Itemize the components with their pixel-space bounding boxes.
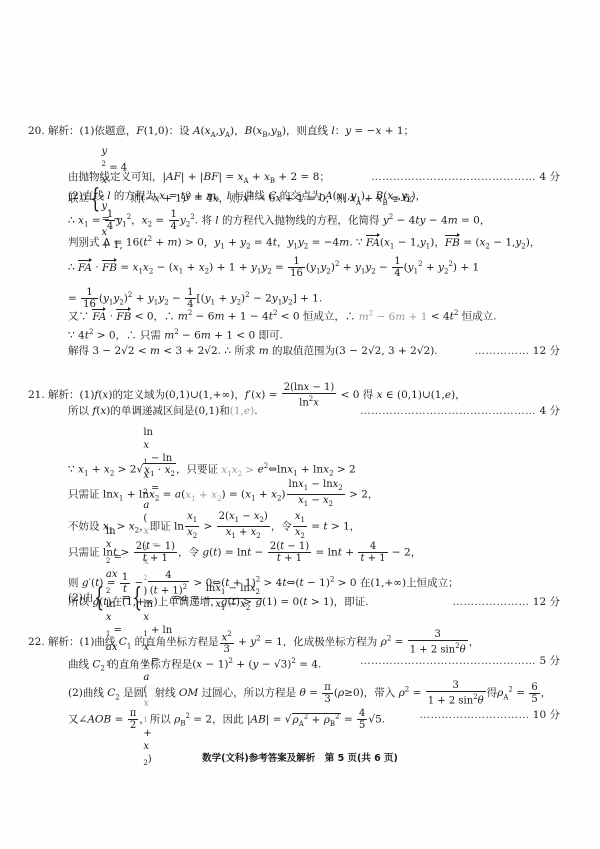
- score-21-1: ………………………………………… 4 分: [360, 404, 560, 418]
- problem-22-number: 22. 解析：: [28, 636, 80, 648]
- problem-21-line-4: ∵ x1 + x2 > 2√x1 · x2，只要证 x1x2 > e2⇔lnx1…: [68, 459, 356, 481]
- problem-21-line-5: 只需证 lnx1 + lnx2 = a(x1 + x2) = (x1 + x2)…: [68, 479, 378, 510]
- problem-21-line-6: 不妨设 x1 > x2，即证 lnx1x2 > 2(x1 − x2)x1 + x…: [68, 511, 360, 542]
- page-footer: 数学(文科)参考答案及解析 第 5 页(共 6 页): [0, 750, 600, 764]
- problem-20-line-6: 判别式 Δ = 16(t2 + m) > 0，y1 + y2 = 4t，y1y2…: [68, 232, 540, 254]
- problem-20-line-5: ∴ x1 = 14y12，x2 = 14y22. 将 l 的方程代入抛物线的方程…: [68, 209, 490, 232]
- problem-20-line-7: ∴ FA · FB = x1x2 − (x1 + x2) + 1 + y1y2 …: [68, 256, 479, 279]
- problem-20-line-4: (2)直线 l 的方程为 x = ty + m，l 与曲线 C 的交点为 A(x…: [68, 189, 426, 207]
- problem-20-line-11: 解得 3 − 2√2 < m < 3 + 2√2. ∴ 所求 m 的取值范围为(…: [68, 344, 438, 358]
- problem-21-line-9: 所以 g(t)在(1,+∞)上单调递增，g(t) > g(1) = 0(t > …: [68, 595, 369, 609]
- score-22-1: ………………………………………… 5 分: [360, 654, 560, 668]
- problem-21-line-7: 只需证 lnt > 2(t − 1)t + 1，令 g(t) = lnt − 2…: [68, 541, 421, 564]
- problem-22-line-2: 曲线 C2 的直角坐标方程是(x − 1)2 + (y − √3)2 = 4.: [68, 654, 321, 676]
- score-20-2: …………… 12 分: [474, 344, 560, 358]
- problem-20-line-1: 20. 解析：(1)依题意，F(1,0)：设 A(xA,yA)，B(xB,yB)…: [28, 124, 414, 142]
- problem-20-line-3: 由抛物线定义可知，|AF| + |BF| = xA + xB + 2 = 8；: [68, 170, 330, 188]
- problem-22-line-1: 22. 解析：(1)曲线 C1 的直角坐标方程是x23 + y2 = 1，化成极…: [28, 629, 479, 655]
- problem-21-line-2: 所以 f(x)的单调递减区间是(0,1)和(1,e).: [68, 404, 258, 418]
- score-20-1: ……………………………………… 4 分: [371, 170, 560, 184]
- score-21-2: ………………… 12 分: [452, 595, 560, 609]
- score-22-2: ………………………… 10 分: [419, 708, 560, 722]
- problem-22-line-4: 又∠AOB = π2，所以 ρB2 = 2，因此 |AB| = √ρA2 + ρ…: [68, 708, 385, 731]
- problem-20-number: 20. 解析：: [28, 125, 80, 137]
- problem-21-line-8: 则 g′(t) = 1t − 4(t + 1)2 > 0⇔(t + 1)2 > …: [68, 570, 459, 596]
- problem-22-line-3: (2)曲线 C2 是圆，射线 OM 过圆心，所以方程是 θ = π3(ρ≥0)，…: [68, 680, 551, 706]
- problem-21-number: 21. 解析：: [28, 389, 80, 401]
- problem-20-line-10: ∵ 4t2 > 0，∴ 只需 m2 − 6m + 1 < 0 即可.: [68, 325, 283, 343]
- problem-20-line-9: 又∵ FA · FB < 0，∴ m2 − 6m + 1 − 4t2 < 0 恒…: [68, 306, 497, 324]
